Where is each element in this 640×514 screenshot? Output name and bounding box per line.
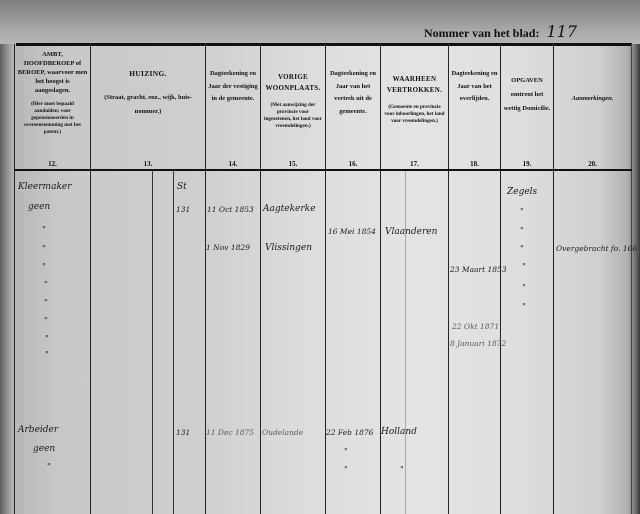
- header-col-16: Dagteekening en Jaar van het vertrek uit…: [326, 46, 380, 170]
- entry-domicile: Zegels: [507, 187, 537, 197]
- column-number: 15.: [261, 160, 325, 168]
- ditto-mark: ": [42, 244, 46, 253]
- header-title: Dagteekening en Jaar der vestiging in de…: [206, 68, 260, 106]
- ditto-mark: ": [520, 226, 524, 235]
- entry-house-number: 131: [176, 205, 190, 214]
- header-title: Dagteekening en Jaar van het vertrek uit…: [326, 68, 380, 118]
- header-title: VORIGE WOONPLAATS.: [261, 72, 325, 94]
- header-col-20: Aanmerkingen. 20.: [554, 46, 631, 170]
- column-number: 19.: [501, 160, 553, 168]
- entry-departure-date: 16 Mei 1854: [328, 227, 376, 236]
- ditto-mark: ": [42, 262, 46, 271]
- entry-death-date: 8 Januari 1872: [450, 339, 506, 348]
- sheet-number-label: Nommer van het blad:: [424, 26, 539, 40]
- entry-house-number: 131: [176, 428, 190, 437]
- entry-settled-date: 1 Nov 1829: [206, 243, 250, 252]
- entry-remark: Overgebracht fo. 166: [556, 244, 637, 253]
- header-col-13: HUIZING. (Straat, gracht, enz., wijk, hu…: [91, 46, 205, 170]
- column-number: 20.: [554, 160, 631, 168]
- column-number: 16.: [326, 160, 380, 168]
- header-title: Aanmerkingen.: [554, 94, 631, 103]
- ditto-mark: ": [400, 465, 404, 474]
- column-subdivider: [405, 170, 406, 514]
- entry-occupation: geen: [33, 444, 55, 454]
- column-number: 14.: [206, 160, 260, 168]
- header-note: (Met aanwijzing der provincie voor ingez…: [261, 102, 325, 130]
- ditto-mark: ": [44, 316, 48, 325]
- entry-death-date: 22 Okt 1871: [452, 322, 499, 331]
- entry-occupation: Kleermaker: [18, 182, 72, 192]
- entry-previous-residence: Vlissingen: [265, 243, 312, 253]
- register-page: Nommer van het blad: 117 AMBT, HOOFDBERO…: [0, 0, 640, 514]
- ditto-mark: ": [44, 280, 48, 289]
- header-col-19: OPGAVEN omtrent het wettig Domicilie. 19…: [501, 46, 553, 170]
- header-note: (Hier moet bepaald aanduiden; voor gepen…: [15, 101, 90, 136]
- entry-previous-residence: Oudelande: [262, 428, 303, 437]
- header-bottom-rule: [15, 169, 632, 171]
- entry-death-date: 23 Maart 1853: [450, 265, 507, 274]
- entry-settled-date: 11 Dec 1875: [206, 428, 254, 437]
- ditto-mark: ": [42, 225, 46, 234]
- column-number: 12.: [15, 160, 90, 168]
- ditto-mark: ": [44, 298, 48, 307]
- sheet-number: Nommer van het blad: 117: [424, 22, 577, 41]
- table-header: AMBT, HOOFDBEROEP of BEROEP, waarvoor me…: [0, 46, 640, 170]
- entry-occupation: geen: [28, 202, 50, 212]
- column-number: 17.: [381, 160, 448, 168]
- ditto-mark: ": [522, 262, 526, 271]
- header-note: (Gemeente en provincie voor inboorlingen…: [381, 104, 448, 125]
- column-subdivider: [152, 170, 153, 514]
- header-col-15: VORIGE WOONPLAATS. (Met aanwijzing der p…: [261, 46, 325, 170]
- header-title: WAARHEEN VERTROKKEN.: [381, 74, 448, 96]
- ditto-mark: ": [45, 334, 49, 343]
- header-title: HUIZING.: [91, 68, 205, 79]
- entry-departure-date: 22 Feb 1876: [326, 428, 373, 437]
- ditto-mark: ": [344, 447, 348, 456]
- header-title: AMBT, HOOFDBEROEP of BEROEP, waarvoor me…: [15, 50, 90, 95]
- ditto-mark: ": [520, 244, 524, 253]
- ditto-mark: ": [522, 302, 526, 311]
- column-number: 18.: [449, 160, 500, 168]
- column-subdivider: [173, 170, 174, 514]
- column-number: 13.: [91, 160, 205, 168]
- entry-house-letter: St: [177, 182, 187, 192]
- entry-settled-date: 11 Oct 1853: [207, 205, 254, 214]
- entry-previous-residence: Aagtekerke: [263, 204, 315, 214]
- ditto-mark: ": [344, 465, 348, 474]
- ditto-mark: ": [520, 207, 524, 216]
- ditto-mark: ": [45, 350, 49, 359]
- ditto-mark: ": [47, 462, 51, 471]
- entry-destination: Holland: [381, 427, 417, 437]
- header-note: (Straat, gracht, enz., wijk, huis-nommer…: [91, 91, 205, 119]
- entry-occupation: Arbeider: [18, 425, 58, 435]
- ditto-mark: ": [522, 283, 526, 292]
- header-title: Dagteekening en Jaar van het overlijden.: [449, 68, 500, 106]
- sheet-number-value: 117: [546, 22, 577, 41]
- header-col-12: AMBT, HOOFDBEROEP of BEROEP, waarvoor me…: [15, 46, 90, 170]
- header-col-18: Dagteekening en Jaar van het overlijden.…: [449, 46, 500, 170]
- header-col-14: Dagteekening en Jaar der vestiging in de…: [206, 46, 260, 170]
- header-title: OPGAVEN omtrent het wettig Domicilie.: [501, 74, 553, 116]
- header-col-17: WAARHEEN VERTROKKEN. (Gemeente en provin…: [381, 46, 448, 170]
- entry-destination: Vlaanderen: [385, 227, 437, 237]
